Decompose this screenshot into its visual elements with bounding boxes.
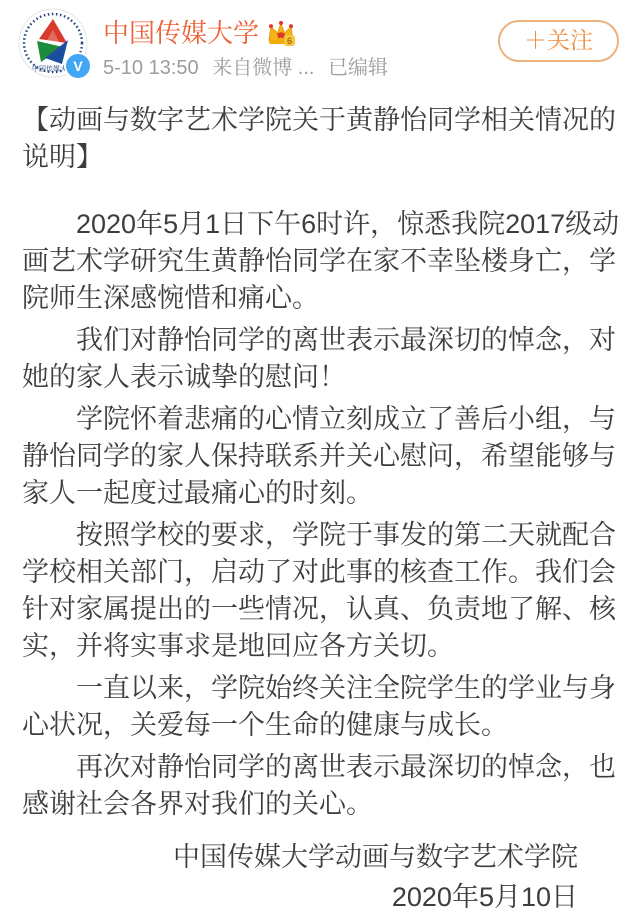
signature-name: 中国传媒大学动画与数字艺术学院 (22, 839, 578, 876)
weibo-post-card: 中国传媒大学 V 中国传媒大学 6 5-10 13:50 (0, 0, 641, 921)
vip-crown-icon: 6 (266, 20, 296, 47)
post-title: 【动画与数字艺术学院关于黄静怡同学相关情况的说明】 (22, 102, 622, 176)
post-content: 【动画与数字艺术学院关于黄静怡同学相关情况的说明】 2020年5月1日下午6时许… (0, 102, 641, 916)
post-meta: 5-10 13:50 来自微博 ... 已编辑 (103, 56, 498, 80)
post-timestamp: 5-10 13:50 (103, 57, 199, 79)
post-paragraph: 学院怀着悲痛的心情立刻成立了善后小组，与静怡同学的家人保持联系并关心慰问，希望能… (22, 401, 622, 512)
verified-badge-icon: V (64, 52, 92, 80)
avatar[interactable]: 中国传媒大学 V (18, 8, 88, 78)
username-link[interactable]: 中国传媒大学 (103, 18, 259, 48)
post-source-link[interactable]: 来自微博 ... (212, 57, 314, 79)
post-edited-label: 已编辑 (328, 57, 388, 79)
header-user-info: 中国传媒大学 6 5-10 13:50 来自微博 ... 已编辑 (103, 8, 498, 80)
signature-date: 2020年5月10日 (22, 879, 578, 916)
vip-level-number: 6 (287, 36, 292, 47)
post-paragraph: 我们对静怡同学的离世表示最深切的悼念，对她的家人表示诚挚的慰问！ (22, 322, 622, 396)
post-paragraph: 按照学校的要求，学院于事发的第二天就配合学校相关部门，启动了对此事的核查工作。我… (22, 517, 622, 665)
follow-button[interactable]: ＋关注 (498, 20, 619, 62)
post-paragraph: 一直以来，学院始终关注全院学生的学业与身心状况，关爱每一个生命的健康与成长。 (22, 670, 622, 744)
post-paragraph: 2020年5月1日下午6时许，惊悉我院2017级动画艺术学研究生黄静怡同学在家不… (22, 206, 622, 317)
post-header: 中国传媒大学 V 中国传媒大学 6 5-10 13:50 (0, 0, 641, 80)
signature-block: 中国传媒大学动画与数字艺术学院 2020年5月10日 (22, 839, 622, 916)
post-paragraph: 再次对静怡同学的离世表示最深切的悼念，也感谢社会各界对我们的关心。 (22, 749, 622, 823)
